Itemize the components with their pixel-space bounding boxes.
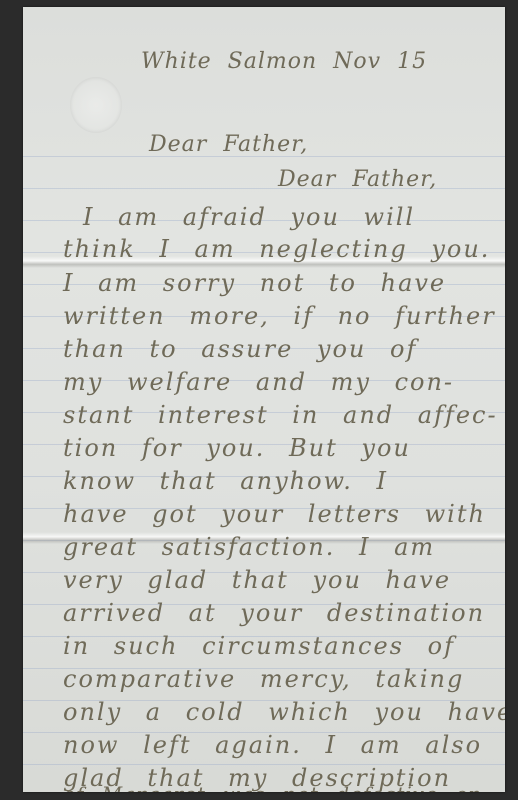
letter-line: stant interest in and affec-	[63, 401, 498, 429]
place-date: White Salmon Nov 15	[141, 49, 427, 74]
letter-line: tion for you. But you	[63, 434, 411, 462]
letter-line: very glad that you have	[63, 566, 451, 594]
letter-line: than to assure you of	[63, 335, 417, 363]
letter-line: only a cold which you have	[63, 698, 505, 726]
letter-line: think I am neglecting you.	[63, 235, 490, 263]
letter-line: comparative mercy, taking	[63, 665, 464, 693]
letter-line: have got your letters with	[63, 500, 486, 528]
letter-line: arrived at your destination	[63, 599, 485, 627]
letter-line: written more, if no further	[63, 302, 496, 330]
letter-line: my welfare and my con-	[63, 368, 454, 396]
salutation-repeat: Dear Father,	[278, 167, 437, 192]
letter-line: great satisfaction. I am	[63, 533, 435, 561]
embossed-seal	[70, 77, 122, 133]
letter-line: I am sorry not to have	[63, 269, 446, 297]
letter-line: now left again. I am also	[63, 731, 482, 759]
letter-page: White Salmon Nov 15 Dear Father, Dear Fa…	[23, 7, 505, 792]
letter-line: of Margaret was not defective or	[63, 782, 479, 792]
letter-line: I am afraid you will	[83, 203, 415, 231]
letter-line: in such circumstances of	[63, 632, 455, 660]
letter-line: know that anyhow. I	[63, 467, 388, 495]
salutation: Dear Father,	[149, 132, 308, 157]
